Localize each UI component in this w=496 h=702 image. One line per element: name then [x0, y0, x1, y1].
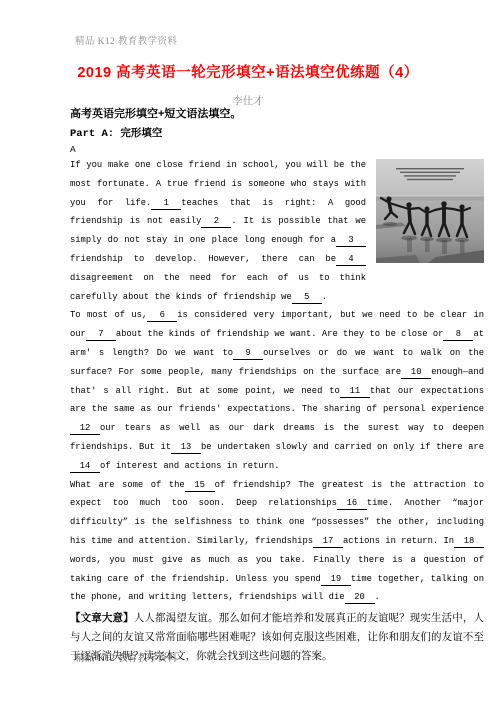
author-name: 李仕才	[0, 93, 496, 108]
cloze-blank-11: 11	[340, 386, 370, 398]
cloze-blank-9: 9	[233, 348, 263, 360]
cloze-blank-4: 4	[336, 254, 366, 266]
cloze-blank-2: 2	[201, 216, 231, 228]
cloze-blank-1: 1	[151, 198, 181, 210]
friendship-beach-photo	[376, 159, 484, 263]
cloze-blank-13: 13	[171, 442, 201, 454]
section-heading: Part A: 完形填空	[70, 127, 484, 142]
document-title: 2019 高考英语一轮完形填空+语法填空优练题（4）	[0, 61, 496, 82]
passage-label: A	[70, 143, 484, 156]
cloze-blank-8: 8	[443, 329, 473, 341]
cloze-blank-15: 15	[185, 480, 215, 492]
summary-label: 【文章大意】	[70, 613, 134, 624]
cloze-blank-19: 19	[321, 574, 351, 586]
cloze-blank-10: 10	[401, 367, 431, 379]
cloze-blank-16: 16	[337, 498, 367, 510]
document-body: 高考英语完形填空+短文语法填空。 Part A: 完形填空 A	[70, 107, 484, 666]
cloze-blank-3: 3	[336, 235, 366, 247]
cloze-blank-17: 17	[313, 536, 343, 548]
cloze-passage: If you make one close friend in school, …	[70, 156, 484, 607]
passage-paragraph-2: To most of us,6is considered very import…	[70, 306, 484, 475]
passage-paragraph-3: What are some of the15of friendship? The…	[70, 476, 484, 608]
cloze-blank-12: 12	[70, 423, 100, 435]
cloze-blank-14: 14	[70, 461, 100, 473]
cloze-blank-18: 18	[454, 536, 484, 548]
cloze-blank-7: 7	[86, 329, 116, 341]
photo-sea-band	[376, 196, 484, 201]
document-subtitle: 高考英语完形填空+短文语法填空。	[70, 107, 484, 122]
header-watermark: 精品 K12 教育教学资料	[75, 33, 177, 47]
cloze-blank-20: 20	[345, 592, 375, 604]
photo-surf-line	[376, 195, 484, 197]
footer-watermark: 精品 K12 教育教学资料	[75, 650, 177, 664]
cloze-blank-6: 6	[147, 310, 177, 322]
cloze-blank-5: 5	[292, 292, 322, 304]
